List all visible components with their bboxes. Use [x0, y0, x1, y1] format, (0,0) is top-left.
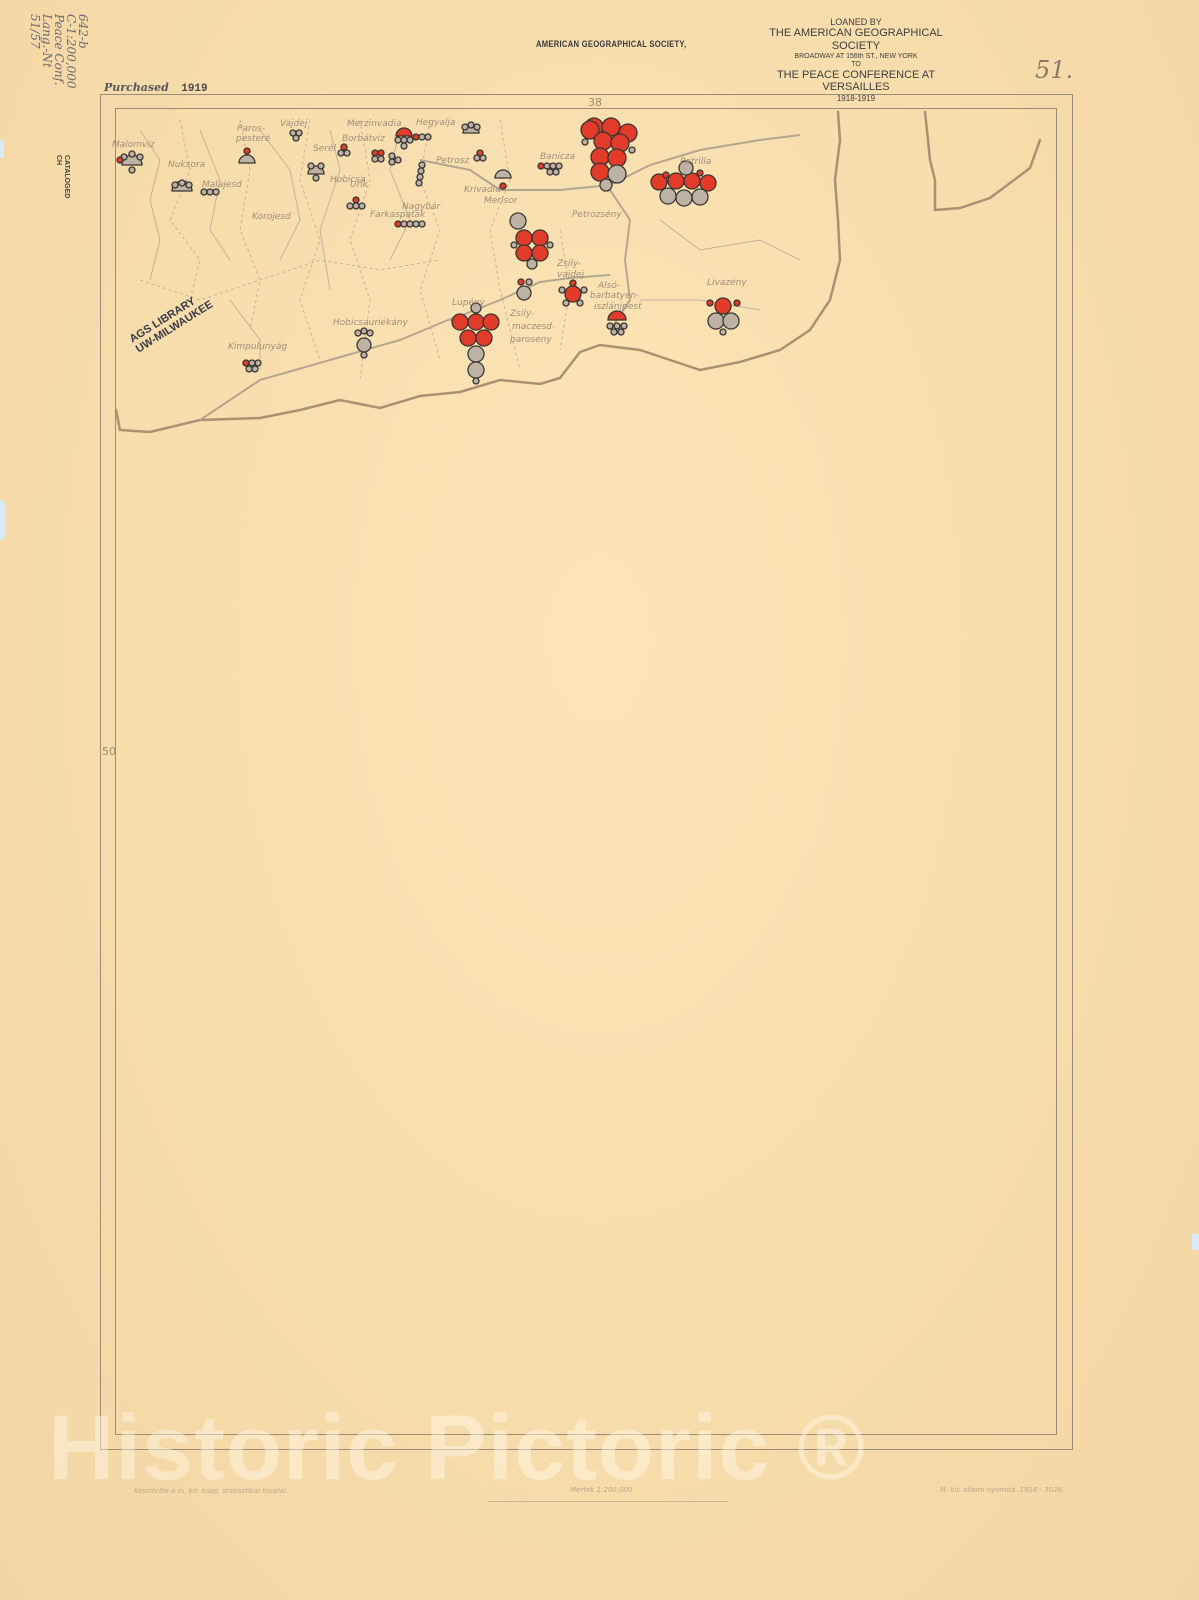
symbol-cluster-parospestere [239, 148, 255, 163]
symbol-cluster-zsilyvajdej [517, 279, 532, 300]
symbol-cluster-nagybar [395, 221, 425, 227]
place-label: paroseny [510, 335, 552, 345]
place-label: Hobicsauriékány [333, 318, 408, 328]
place-label: iszlánjpest [594, 302, 642, 312]
symbol-cluster-lupeny [452, 303, 499, 384]
symbol-cluster-vajdej [290, 130, 302, 141]
place-label: barbatyen- [590, 291, 640, 301]
place-label: Nagybár [402, 202, 440, 212]
place-label: Serél [313, 144, 336, 154]
place-label: Kimpulunyág [228, 342, 287, 352]
symbol-cluster-vulkan [510, 213, 553, 269]
place-label: Livazény [707, 278, 747, 288]
symbol-cluster-zsily [559, 280, 587, 306]
symbol-cluster-livazeny [707, 298, 740, 335]
symbol-cluster-farkaspatak [416, 162, 425, 186]
place-label: Merisor [484, 196, 517, 206]
symbol-cluster-banicza [538, 163, 562, 175]
place-label: Merzinvadia [347, 119, 402, 129]
place-label: Korojesd [252, 212, 291, 222]
symbol-cluster-serel [308, 163, 324, 181]
place-label: Urik [350, 180, 368, 190]
symbol-cluster-hobicsa [372, 150, 401, 165]
place-label: Lupény [452, 298, 485, 308]
symbol-cluster-kimpulunyag [243, 360, 261, 372]
symbol-clusters [117, 118, 740, 384]
place-label: Hegyalja [416, 118, 455, 128]
place-label: Malomviz [112, 140, 155, 150]
place-label: Banicza [540, 152, 575, 162]
place-label: Zsily- [510, 309, 534, 319]
place-label: Borbátviz [342, 134, 385, 144]
watermark: Historic Pictoric ® [48, 1396, 866, 1501]
symbol-cluster-malomviz [117, 151, 143, 173]
place-label: Zsily- [557, 259, 581, 269]
place-label: Paros- [237, 124, 265, 134]
place-label: Alsó- [598, 281, 620, 291]
symbol-cluster-petrozseny [581, 118, 637, 191]
symbol-cluster-hobicsaurikany [355, 328, 373, 358]
place-label: vajdej [557, 270, 584, 280]
place-label: maczesd- [512, 322, 555, 332]
place-label: pesteré [236, 134, 270, 144]
place-label: Petrosz [436, 156, 469, 166]
symbol-cluster-borbatviz [338, 144, 350, 156]
place-label: Petrilla [680, 157, 711, 167]
place-label: Malajesd [202, 180, 242, 190]
place-label: Petrozsény [572, 210, 622, 220]
place-label: Krivadia [464, 185, 501, 195]
map-drawing [0, 0, 1199, 1600]
district-borders [140, 120, 570, 380]
symbol-cluster-petrilla [651, 161, 716, 206]
symbol-cluster-barbatyen [607, 311, 627, 335]
symbol-cluster-urik [347, 197, 365, 209]
footer-printer: M. kir. állami nyomda. 1918 - 3028. [940, 1486, 1064, 1494]
place-label: Vajdej [280, 119, 307, 129]
place-label: Nuksora [168, 160, 205, 170]
